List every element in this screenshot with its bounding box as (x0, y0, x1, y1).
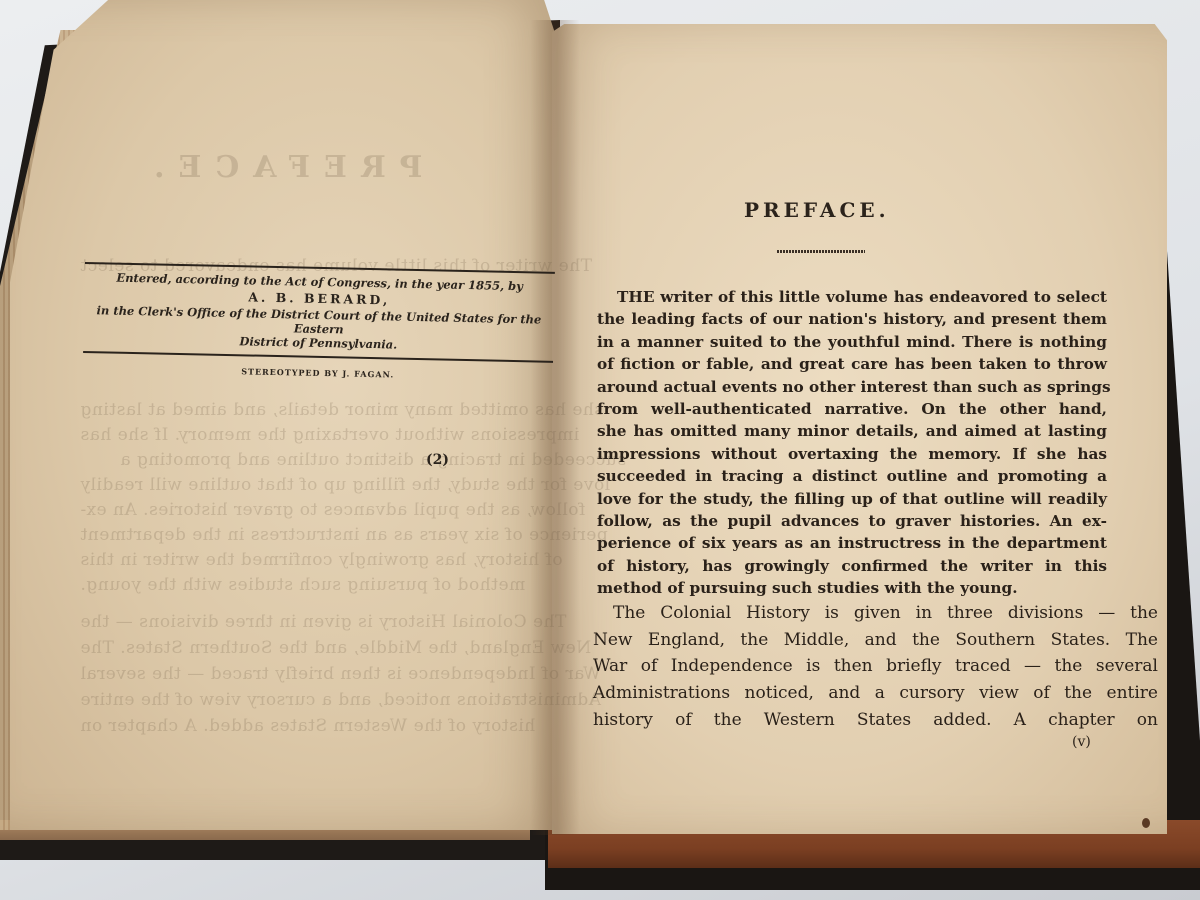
show-through-title: PREFACE. (140, 150, 422, 185)
show-through-line: War of Independence is then briefly trac… (80, 664, 601, 684)
show-through-line: The Colonial History is given in three d… (80, 612, 566, 632)
show-through-line: she has omitted many minor details, and … (80, 400, 603, 420)
preface-paragraph-2: The Colonial History is given in three d… (593, 600, 1158, 734)
text-line: around actual events no other interest t… (597, 376, 1107, 398)
right-page-number: (v) (1072, 734, 1091, 750)
text-line: of fiction or fable, and great care has … (597, 353, 1107, 375)
text-line: follow, as the pupil advances to graver … (597, 510, 1107, 532)
text-line: the leading facts of our nation's histor… (597, 308, 1107, 330)
text-line: she has omitted many minor details, and … (597, 420, 1107, 442)
text-line: THE writer of this little volume has end… (597, 286, 1107, 308)
show-through-line: succeeded in tracing a distinct outline … (120, 450, 626, 470)
paper-blemish (1142, 818, 1150, 828)
text-line: of history, has growingly confirmed the … (597, 555, 1107, 577)
preface-paragraph-1: THE writer of this little volume has end… (597, 286, 1107, 600)
text-line: method of pursuing such studies with the… (597, 577, 1107, 599)
show-through-line: Administrations noticed, and a cursory v… (80, 690, 601, 710)
show-through-line: impressions without overtaxing the memor… (80, 425, 579, 445)
text-line: love for the study, the filling up of th… (597, 488, 1107, 510)
text-line: War of Independence is then briefly trac… (593, 653, 1158, 680)
left-page-number: (2) (426, 452, 449, 468)
text-line: The Colonial History is given in three d… (593, 600, 1158, 627)
decorative-rule (777, 250, 865, 253)
text-line: from well-authenticated narrative. On th… (597, 398, 1107, 420)
text-line: perience of six years as an instructress… (597, 532, 1107, 554)
text-line: impressions without overtaxing the memor… (597, 443, 1107, 465)
show-through-line: of history, has growingly confirmed the … (80, 550, 563, 570)
text-line: New England, the Middle, and the Souther… (593, 627, 1158, 654)
text-line: history of the Western States added. A c… (593, 707, 1158, 734)
show-through-line: follow, as the pupil advances to graver … (80, 500, 585, 520)
show-through-line: perience of six years as an instructress… (80, 525, 608, 545)
show-through-line: New England, the Middle, and the Souther… (80, 638, 591, 658)
show-through-line: love for the study, the filling up of th… (80, 475, 610, 495)
copyright-notice: Entered, according to the Act of Congres… (83, 262, 555, 383)
text-line: Administrations noticed, and a cursory v… (593, 680, 1158, 707)
open-book-photo: PREFACE. The writer of this little volum… (0, 0, 1200, 900)
text-line: succeeded in tracing a distinct outline … (597, 465, 1107, 487)
show-through-line: history of the Western States added. A c… (80, 716, 535, 736)
text-line: in a manner suited to the youthful mind.… (597, 331, 1107, 353)
show-through-line: method of pursuing such studies with the… (80, 575, 525, 595)
preface-title: PREFACE. (744, 198, 890, 222)
